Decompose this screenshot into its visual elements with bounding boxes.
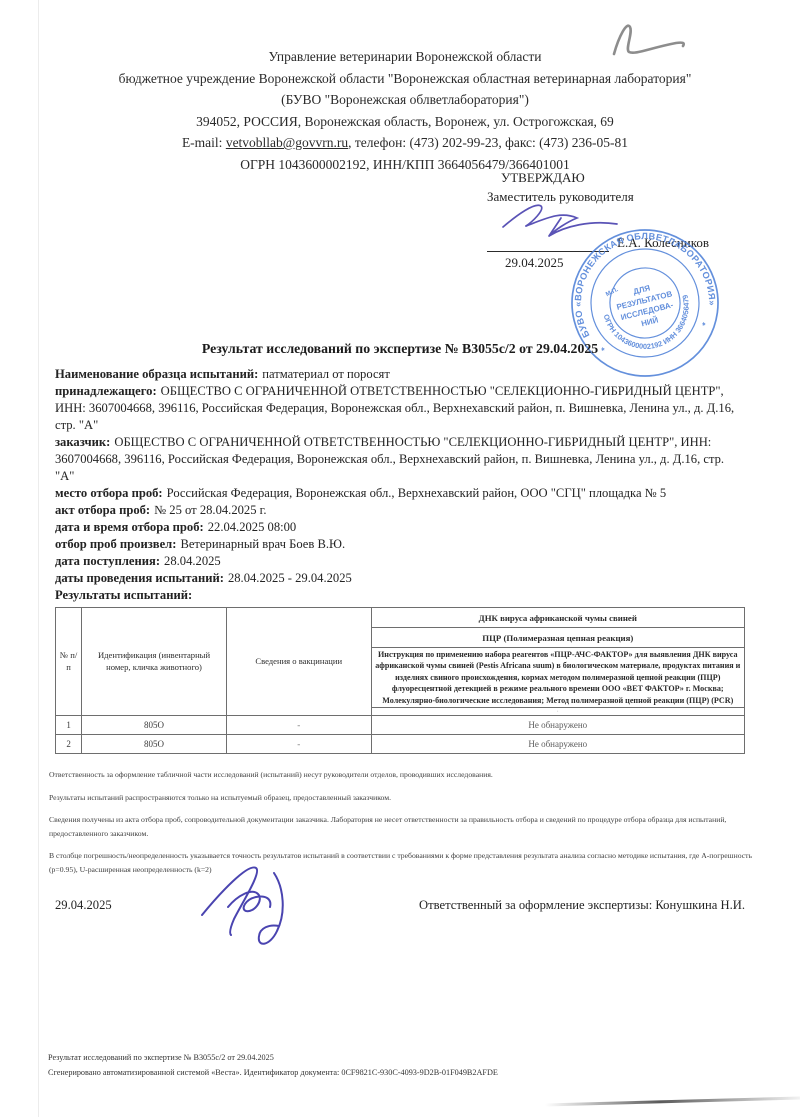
row-identification: 805О	[82, 716, 227, 735]
column-header-number: № п/п	[56, 608, 82, 716]
row-number: 2	[56, 735, 82, 754]
document-footer: Результат исследований по экспертизе № В…	[48, 1050, 748, 1080]
field-owner: принадлежащего:ОБЩЕСТВО С ОГРАНИЧЕННОЙ О…	[55, 383, 745, 434]
org-address: 394052, РОССИЯ, Воронежская область, Вор…	[60, 111, 750, 133]
signoff-row: 29.04.2025 Ответственный за оформление э…	[55, 898, 745, 913]
footnote: Ответственность за оформление табличной …	[49, 768, 755, 782]
page-edge-line	[38, 0, 39, 1117]
column-header-vaccination: Сведения о вакцинации	[226, 608, 371, 716]
org-contacts: E-mail: vetvobllab@govvrn.ru, телефон: (…	[60, 132, 750, 154]
test-method-short-header: ПЦР (Полимеразная цепная реакция)	[371, 628, 744, 648]
email-label: E-mail:	[182, 135, 223, 150]
footer-generated-by: Сгенерировано автоматизированной системо…	[48, 1065, 748, 1080]
test-method-full-header: Инструкция по применению набора реагенто…	[371, 648, 744, 708]
stamp-center-line4: НИЙ	[640, 315, 659, 328]
letterhead: Управление ветеринарии Воронежской облас…	[60, 46, 750, 175]
responsible-person: Ответственный за оформление экспертизы: …	[419, 898, 745, 913]
signoff-date: 29.04.2025	[55, 898, 112, 913]
table-row: 1 805О - Не обнаружено	[56, 716, 745, 735]
footnotes: Ответственность за оформление табличной …	[49, 768, 755, 885]
field-sample-name: Наименование образца испытаний:патматери…	[55, 366, 745, 383]
stamp-mp-mark: М.П.	[605, 286, 620, 298]
field-customer: заказчик:ОБЩЕСТВО С ОГРАНИЧЕННОЙ ОТВЕТСТ…	[55, 434, 745, 485]
footnote: Сведения получены из акта отбора проб, с…	[49, 813, 755, 840]
test-group-header: ДНК вируса африканской чумы свиней	[371, 608, 744, 628]
row-identification: 805О	[82, 735, 227, 754]
email-link[interactable]: vetvobllab@govvrn.ru	[226, 135, 348, 150]
org-short-name: (БУВО "Воронежская облветлаборатория")	[60, 89, 750, 111]
document-page: Управление ветеринарии Воронежской облас…	[0, 0, 800, 1117]
field-test-dates: даты проведения испытаний:28.04.2025 - 2…	[55, 570, 745, 587]
document-title: Результат исследований по экспертизе № В…	[55, 341, 745, 357]
footnote: Результаты испытаний распространяются то…	[49, 791, 755, 805]
footnote: В столбце погрешность/неопределенность у…	[49, 849, 755, 876]
field-receipt-date: дата поступления:28.04.2025	[55, 553, 745, 570]
scan-artifact-line	[545, 1096, 800, 1106]
table-row: 2 805О - Не обнаружено	[56, 735, 745, 754]
stamp-star-right: *	[701, 320, 707, 331]
results-heading: Результаты испытаний:	[55, 587, 745, 604]
approval-title: УТВЕРЖДАЮ	[501, 168, 787, 187]
field-sampling-act: акт отбора проб:№ 25 от 28.04.2025 г.	[55, 502, 745, 519]
thin-subheader-cell: ·	[371, 708, 744, 716]
main-content: Результат исследований по экспертизе № В…	[55, 341, 745, 754]
row-vaccination: -	[226, 735, 371, 754]
org-name: бюджетное учреждение Воронежской области…	[60, 68, 750, 90]
org-department: Управление ветеринарии Воронежской облас…	[60, 46, 750, 68]
row-result: Не обнаружено	[371, 716, 744, 735]
column-header-identification: Идентификация (инвентарный номер, кличка…	[82, 608, 227, 716]
results-table: № п/п Идентификация (инвентарный номер, …	[55, 607, 745, 754]
field-sampling-datetime: дата и время отбора проб:22.04.2025 08:0…	[55, 519, 745, 536]
footer-expertise-ref: Результат исследований по экспертизе № В…	[48, 1050, 748, 1065]
phone-fax: , телефон: (473) 202-99-23, факс: (473) …	[348, 135, 628, 150]
row-result: Не обнаружено	[371, 735, 744, 754]
field-sampling-place: место отбора проб:Российская Федерация, …	[55, 485, 745, 502]
field-sampler: отбор проб произвел:Ветеринарный врач Бо…	[55, 536, 745, 553]
row-vaccination: -	[226, 716, 371, 735]
row-number: 1	[56, 716, 82, 735]
